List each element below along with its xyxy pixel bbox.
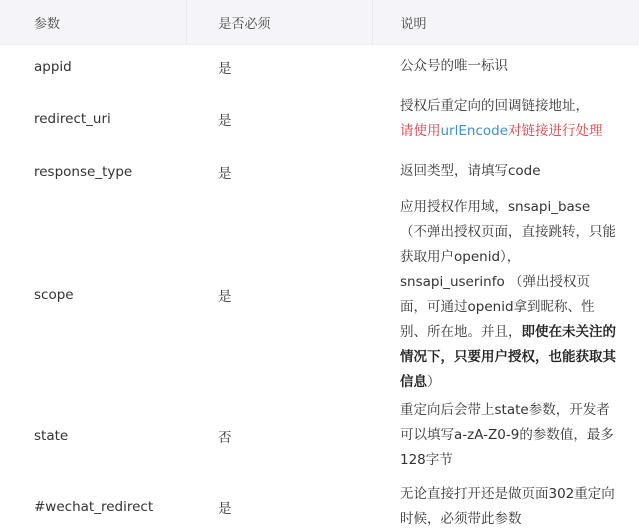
- required-value: 是: [186, 477, 372, 532]
- table-row: response_type 是 返回类型，请填写code: [0, 149, 639, 195]
- param-description: 公众号的唯一标识: [372, 45, 639, 89]
- param-description: 重定向后会带上state参数，开发者可以填写a-zA-Z0-9的参数值，最多12…: [372, 395, 639, 477]
- param-description: 无论直接打开还是做页面302重定向时候，必须带此参数: [372, 477, 639, 532]
- table-row: state 否 重定向后会带上state参数，开发者可以填写a-zA-Z0-9的…: [0, 395, 639, 477]
- table-row: appid 是 公众号的唯一标识: [0, 45, 639, 89]
- required-value: 是: [186, 195, 372, 395]
- param-description: 应用授权作用域，snsapi_base （不弹出授权页面，直接跳转，只能获取用户…: [372, 195, 639, 395]
- param-name: response_type: [0, 149, 186, 195]
- required-value: 否: [186, 395, 372, 477]
- header-required: 是否必须: [186, 0, 372, 45]
- table-row: scope 是 应用授权作用域，snsapi_base （不弹出授权页面，直接跳…: [0, 195, 639, 395]
- params-table: 参数 是否必须 说明 appid 是 公众号的唯一标识 redirect_uri…: [0, 0, 639, 532]
- header-row: 参数 是否必须 说明: [0, 0, 639, 45]
- desc-text: 应用授权作用域，snsapi_base （不弹出授权页面，直接跳转，只能获取用户…: [400, 199, 616, 340]
- table-row: #wechat_redirect 是 无论直接打开还是做页面302重定向时候，必…: [0, 477, 639, 532]
- desc-highlight-text: urlEncode: [441, 123, 509, 139]
- param-name: state: [0, 395, 186, 477]
- param-name: redirect_uri: [0, 89, 186, 149]
- desc-warning-text: 对链接进行处理: [508, 123, 603, 139]
- param-name: appid: [0, 45, 186, 89]
- required-value: 是: [186, 89, 372, 149]
- desc-text: ）: [427, 374, 441, 390]
- param-name: #wechat_redirect: [0, 477, 186, 532]
- header-description: 说明: [372, 0, 639, 45]
- desc-warning-text: 请使用: [400, 123, 441, 139]
- required-value: 是: [186, 149, 372, 195]
- required-value: 是: [186, 45, 372, 89]
- table-row: redirect_uri 是 授权后重定向的回调链接地址，请使用urlEncod…: [0, 89, 639, 149]
- param-name: scope: [0, 195, 186, 395]
- param-description: 返回类型，请填写code: [372, 149, 639, 195]
- desc-text: 授权后重定向的回调链接地址，: [400, 98, 589, 114]
- header-param: 参数: [0, 0, 186, 45]
- param-description: 授权后重定向的回调链接地址，请使用urlEncode对链接进行处理: [372, 89, 639, 149]
